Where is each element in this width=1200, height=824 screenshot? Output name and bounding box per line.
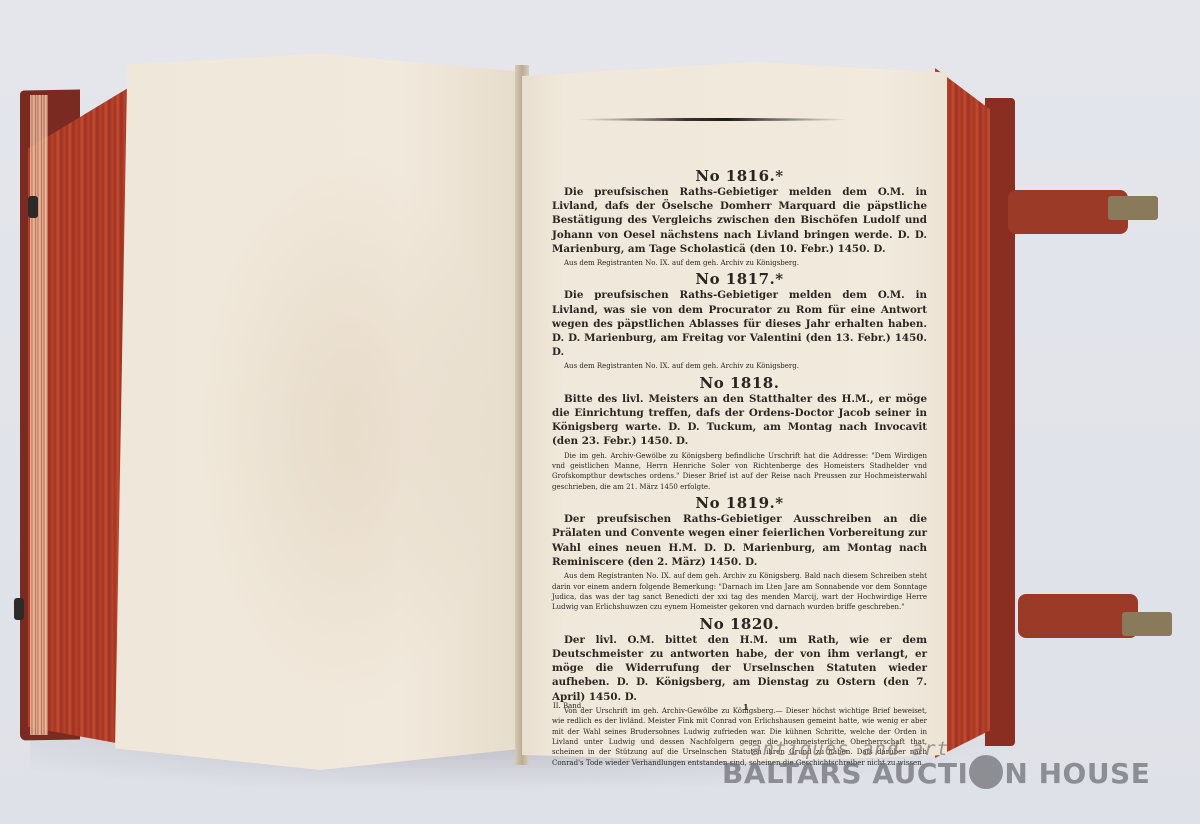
entry-number: No 1816.* — [552, 168, 927, 185]
watermark-name-part1: BALTARS AUCTI — [722, 757, 968, 790]
left-page-show-through — [200, 150, 500, 710]
watermark-logo: BALTARS AUCTIN HOUSE — [722, 755, 1150, 790]
entry-body: Bitte des livl. Meisters an den Statthal… — [552, 392, 927, 449]
entry-1816: No 1816.* Die preufsischen Raths-Gebieti… — [552, 168, 927, 268]
page-text-block: No 1816.* Die preufsischen Raths-Gebieti… — [552, 168, 927, 771]
entry-body: Die preufsischen Raths-Gebietiger melden… — [552, 288, 927, 359]
left-clasp-pin-icon — [28, 196, 38, 218]
lower-clasp-metal-tip — [1122, 612, 1172, 636]
left-edge-highlight — [30, 95, 48, 735]
entry-number: No 1817.* — [552, 271, 927, 288]
upper-clasp-metal-tip — [1108, 196, 1158, 220]
entry-note: Aus dem Registranten No. IX. auf dem geh… — [552, 361, 927, 371]
entry-number: No 1819.* — [552, 495, 927, 512]
entry-1817: No 1817.* Die preufsischen Raths-Gebieti… — [552, 271, 927, 371]
entry-body: Der preufsischen Raths-Gebietiger Aussch… — [552, 512, 927, 569]
watermark-circle-icon — [969, 755, 1003, 789]
page-top-rule — [578, 118, 848, 121]
entry-body: Der livl. O.M. bittet den H.M. um Rath, … — [552, 633, 927, 704]
watermark-name-part2: N HOUSE — [1004, 757, 1150, 790]
entry-note: Aus dem Registranten No. IX. auf dem geh… — [552, 571, 927, 613]
signature-mark: 1 — [743, 702, 749, 712]
lower-leather-clasp — [1018, 594, 1138, 638]
entry-body: Die preufsischen Raths-Gebietiger melden… — [552, 185, 927, 256]
entry-note: Die im geh. Archiv-Gewölbe zu Königsberg… — [552, 451, 927, 493]
entry-number: No 1820. — [552, 616, 927, 633]
entry-number: No 1818. — [552, 375, 927, 392]
entry-1819: No 1819.* Der preufsischen Raths-Gebieti… — [552, 495, 927, 612]
volume-label: II. Band. — [553, 702, 584, 710]
entry-1818: No 1818. Bitte des livl. Meisters an den… — [552, 375, 927, 492]
left-clasp-pin-icon — [14, 598, 24, 620]
entry-note: Aus dem Registranten No. IX. auf dem geh… — [552, 258, 927, 268]
